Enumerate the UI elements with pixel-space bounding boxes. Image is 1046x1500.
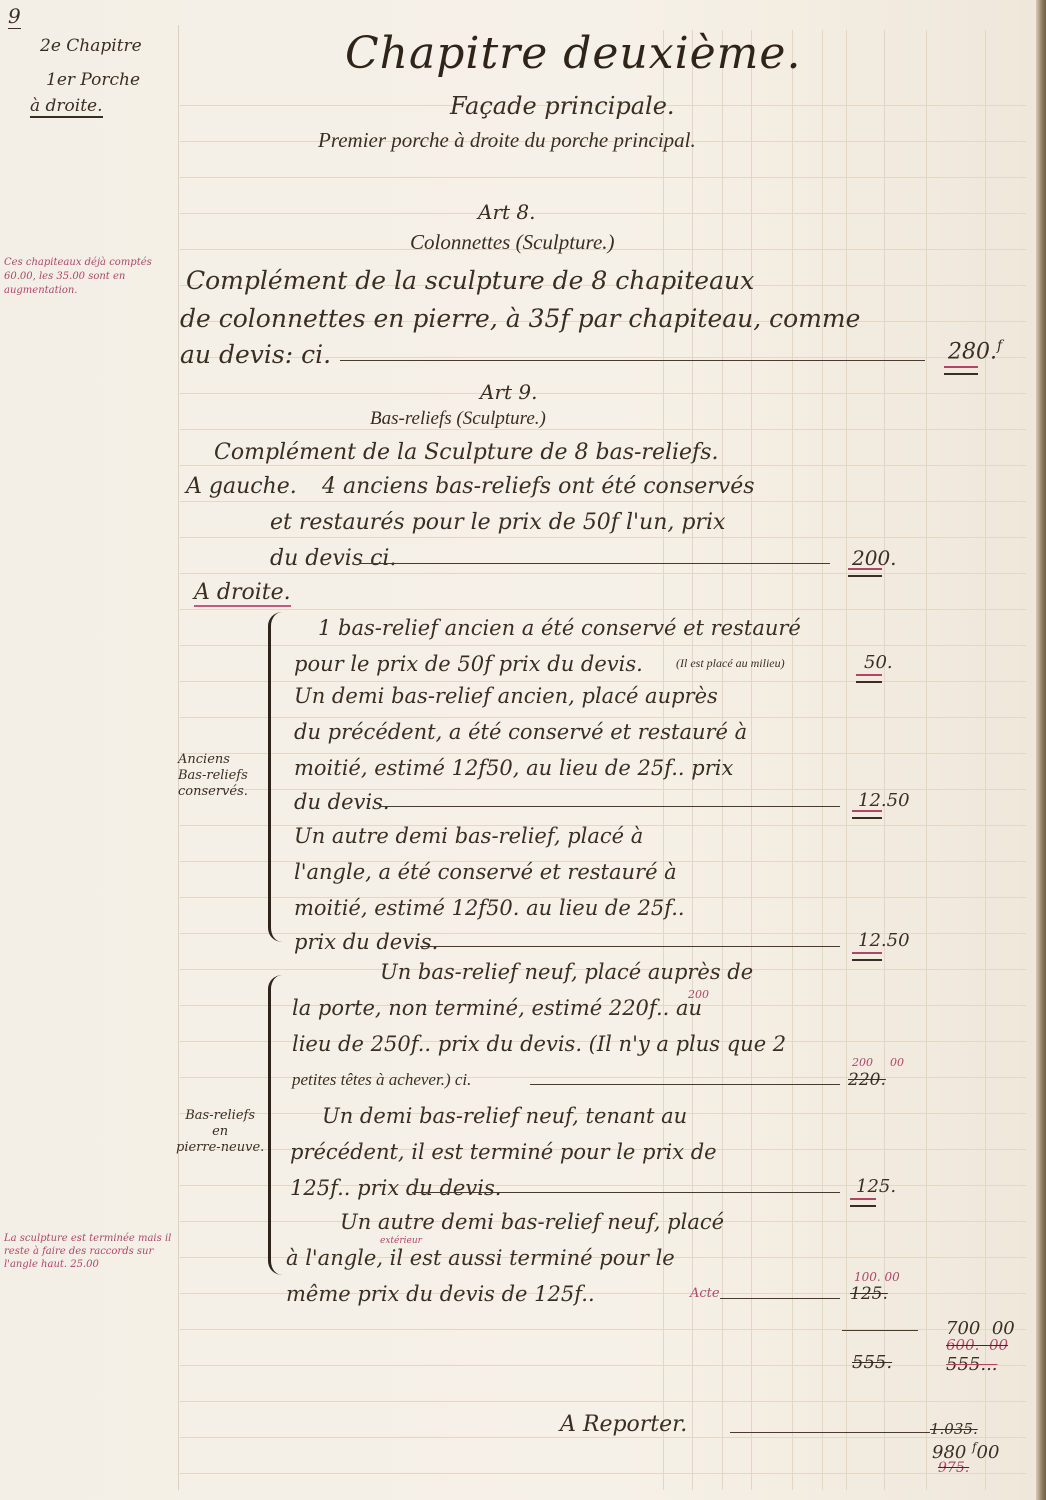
double-underline [852,810,882,819]
ancien1-amount: 50. [864,652,893,673]
neuf2-amount: 125. [856,1176,896,1197]
art8-line-1: Complément de la sculpture de 8 chapitea… [186,266,754,295]
neuf1-line-1: Un bas-relief neuf, placé auprès de [380,960,753,984]
neuf1-line-2: la porte, non terminé, estimé 220f.. au [292,996,702,1020]
ancien1-aside: (Il est placé au milieu) [676,656,785,671]
anciens-bracket-label: Anciens Bas-reliefs conservés. [178,752,248,800]
bracket-anciens [268,612,285,942]
leader-line [730,1432,930,1433]
neuf1-line-3: lieu de 250f.. prix du devis. (Il n'y a … [292,1032,786,1056]
art8-line-2: de colonnettes en pierre, à 35f par chap… [180,304,860,333]
column-rule [985,30,986,1490]
margin-side: à droite. [30,96,103,118]
neuf2-line-3: 125f.. prix du devis. [290,1176,501,1200]
neuf3-red-mark: Acte [690,1286,720,1301]
column-rule [792,30,793,1490]
ancien3-line-2: l'angle, a été conservé et restauré à [294,860,677,884]
double-underline [850,1198,876,1207]
ancien2-amount: 12.50 [858,790,910,811]
art8-heading: Art 8. [478,200,535,224]
subtotal-left: 555. [852,1352,892,1373]
double-underline [944,366,978,375]
leader-line [720,1298,840,1299]
gauche-label: A gauche. [186,474,297,499]
ancien2-line-4: du devis. [294,790,390,814]
droite-label: A droite. [194,580,291,607]
subtotal-rule [842,1330,918,1331]
leader-line [530,1084,840,1085]
chapter-title: Chapitre deuxième. [345,28,801,79]
double-underline [852,952,882,961]
neufs-margin-note: La sculpture est terminée mais il reste … [4,1232,174,1271]
gauche-line-3: du devis ci. [270,546,396,571]
column-rule [846,30,847,1490]
art9-title: Bas-reliefs (Sculpture.) [370,408,546,430]
art9-intro: Complément de la Sculpture de 8 bas-reli… [214,440,719,465]
double-underline [848,568,882,577]
neuf2-line-2: précédent, il est terminé pour le prix d… [290,1140,717,1164]
ancien3-line-4: prix du devis. [294,930,438,954]
subtotal-struck-2: 555... [946,1354,998,1375]
neuf1-line-4: petites têtes à achever.) ci. [292,1070,471,1090]
column-rule [926,30,927,1490]
double-underline [856,674,882,683]
ancien3-line-1: Un autre demi bas-relief, placé à [294,824,643,848]
art9-heading: Art 9. [480,380,537,404]
ancien3-line-3: moitié, estimé 12f50. au lieu de 25f.. [294,896,685,920]
art8-line-3: au devis: ci. [180,340,331,369]
leader-line [380,806,840,807]
ancien2-line-3: moitié, estimé 12f50, au lieu de 25f.. p… [294,756,733,780]
leader-line [360,563,830,564]
neuf3-amount-corrected: 100. 00 [854,1270,900,1284]
gauche-amount: 200. [852,546,897,570]
ancien1-line-2: pour le prix de 50f prix du devis. [294,652,643,676]
neuf1-amount-corrected-cents: 00 [890,1056,904,1069]
leader-line [412,1192,840,1193]
subtotal-struck-1: 600. 00 [946,1336,1008,1354]
leader-line [420,946,840,947]
book-binding [1036,0,1046,1500]
reporter-label: A Reporter. [560,1412,687,1437]
margin-porch: 1er Porche [46,70,140,90]
bracket-neufs [268,975,285,1275]
margin-chapter: 2e Chapitre [40,36,142,56]
reporter-amount-struck-2: 975. [938,1460,969,1476]
neuf1-amount-corrected: 200 [852,1056,873,1069]
art8-margin-note: Ces chapiteaux déjà comptés 60.00, les 3… [4,256,169,298]
neuf3-line-1: Un autre demi bas-relief neuf, placé [340,1210,724,1234]
neuf3-line-3: même prix du devis de 125f.. [286,1282,595,1306]
ancien3-amount: 12.50 [858,930,910,951]
ancien2-line-1: Un demi bas-relief ancien, placé auprès [294,684,718,708]
neuf3-insertion: extérieur [380,1236,422,1246]
leader-line [340,360,925,361]
neuf2-line-1: Un demi bas-relief neuf, tenant au [322,1104,687,1128]
ancien2-line-2: du précédent, a été conservé et restauré… [294,720,747,744]
neuf3-line-2: à l'angle, il est aussi terminé pour le [286,1246,675,1270]
neuf1-amount-struck: 220. [848,1070,886,1090]
porch-subtitle: Premier porche à droite du porche princi… [318,128,696,153]
reporter-amount-struck: 1.035. [930,1420,978,1438]
gauche-line-1: 4 anciens bas-reliefs ont été conservés [322,474,755,499]
neuf3-amount-struck: 125. [850,1284,888,1304]
facade-subtitle: Façade principale. [450,92,675,120]
column-rule [751,30,752,1490]
folio-number: 9 [8,4,21,29]
art8-title: Colonnettes (Sculpture.) [410,230,615,255]
neufs-bracket-label: Bas-reliefs en pierre-neuve. [176,1108,264,1156]
ancien1-line-1: 1 bas-relief ancien a été conservé et re… [318,616,801,640]
gauche-line-2: et restaurés pour le prix de 50f l'un, p… [270,510,725,535]
column-rule [822,30,823,1490]
art8-amount: 280.f [948,338,1002,364]
